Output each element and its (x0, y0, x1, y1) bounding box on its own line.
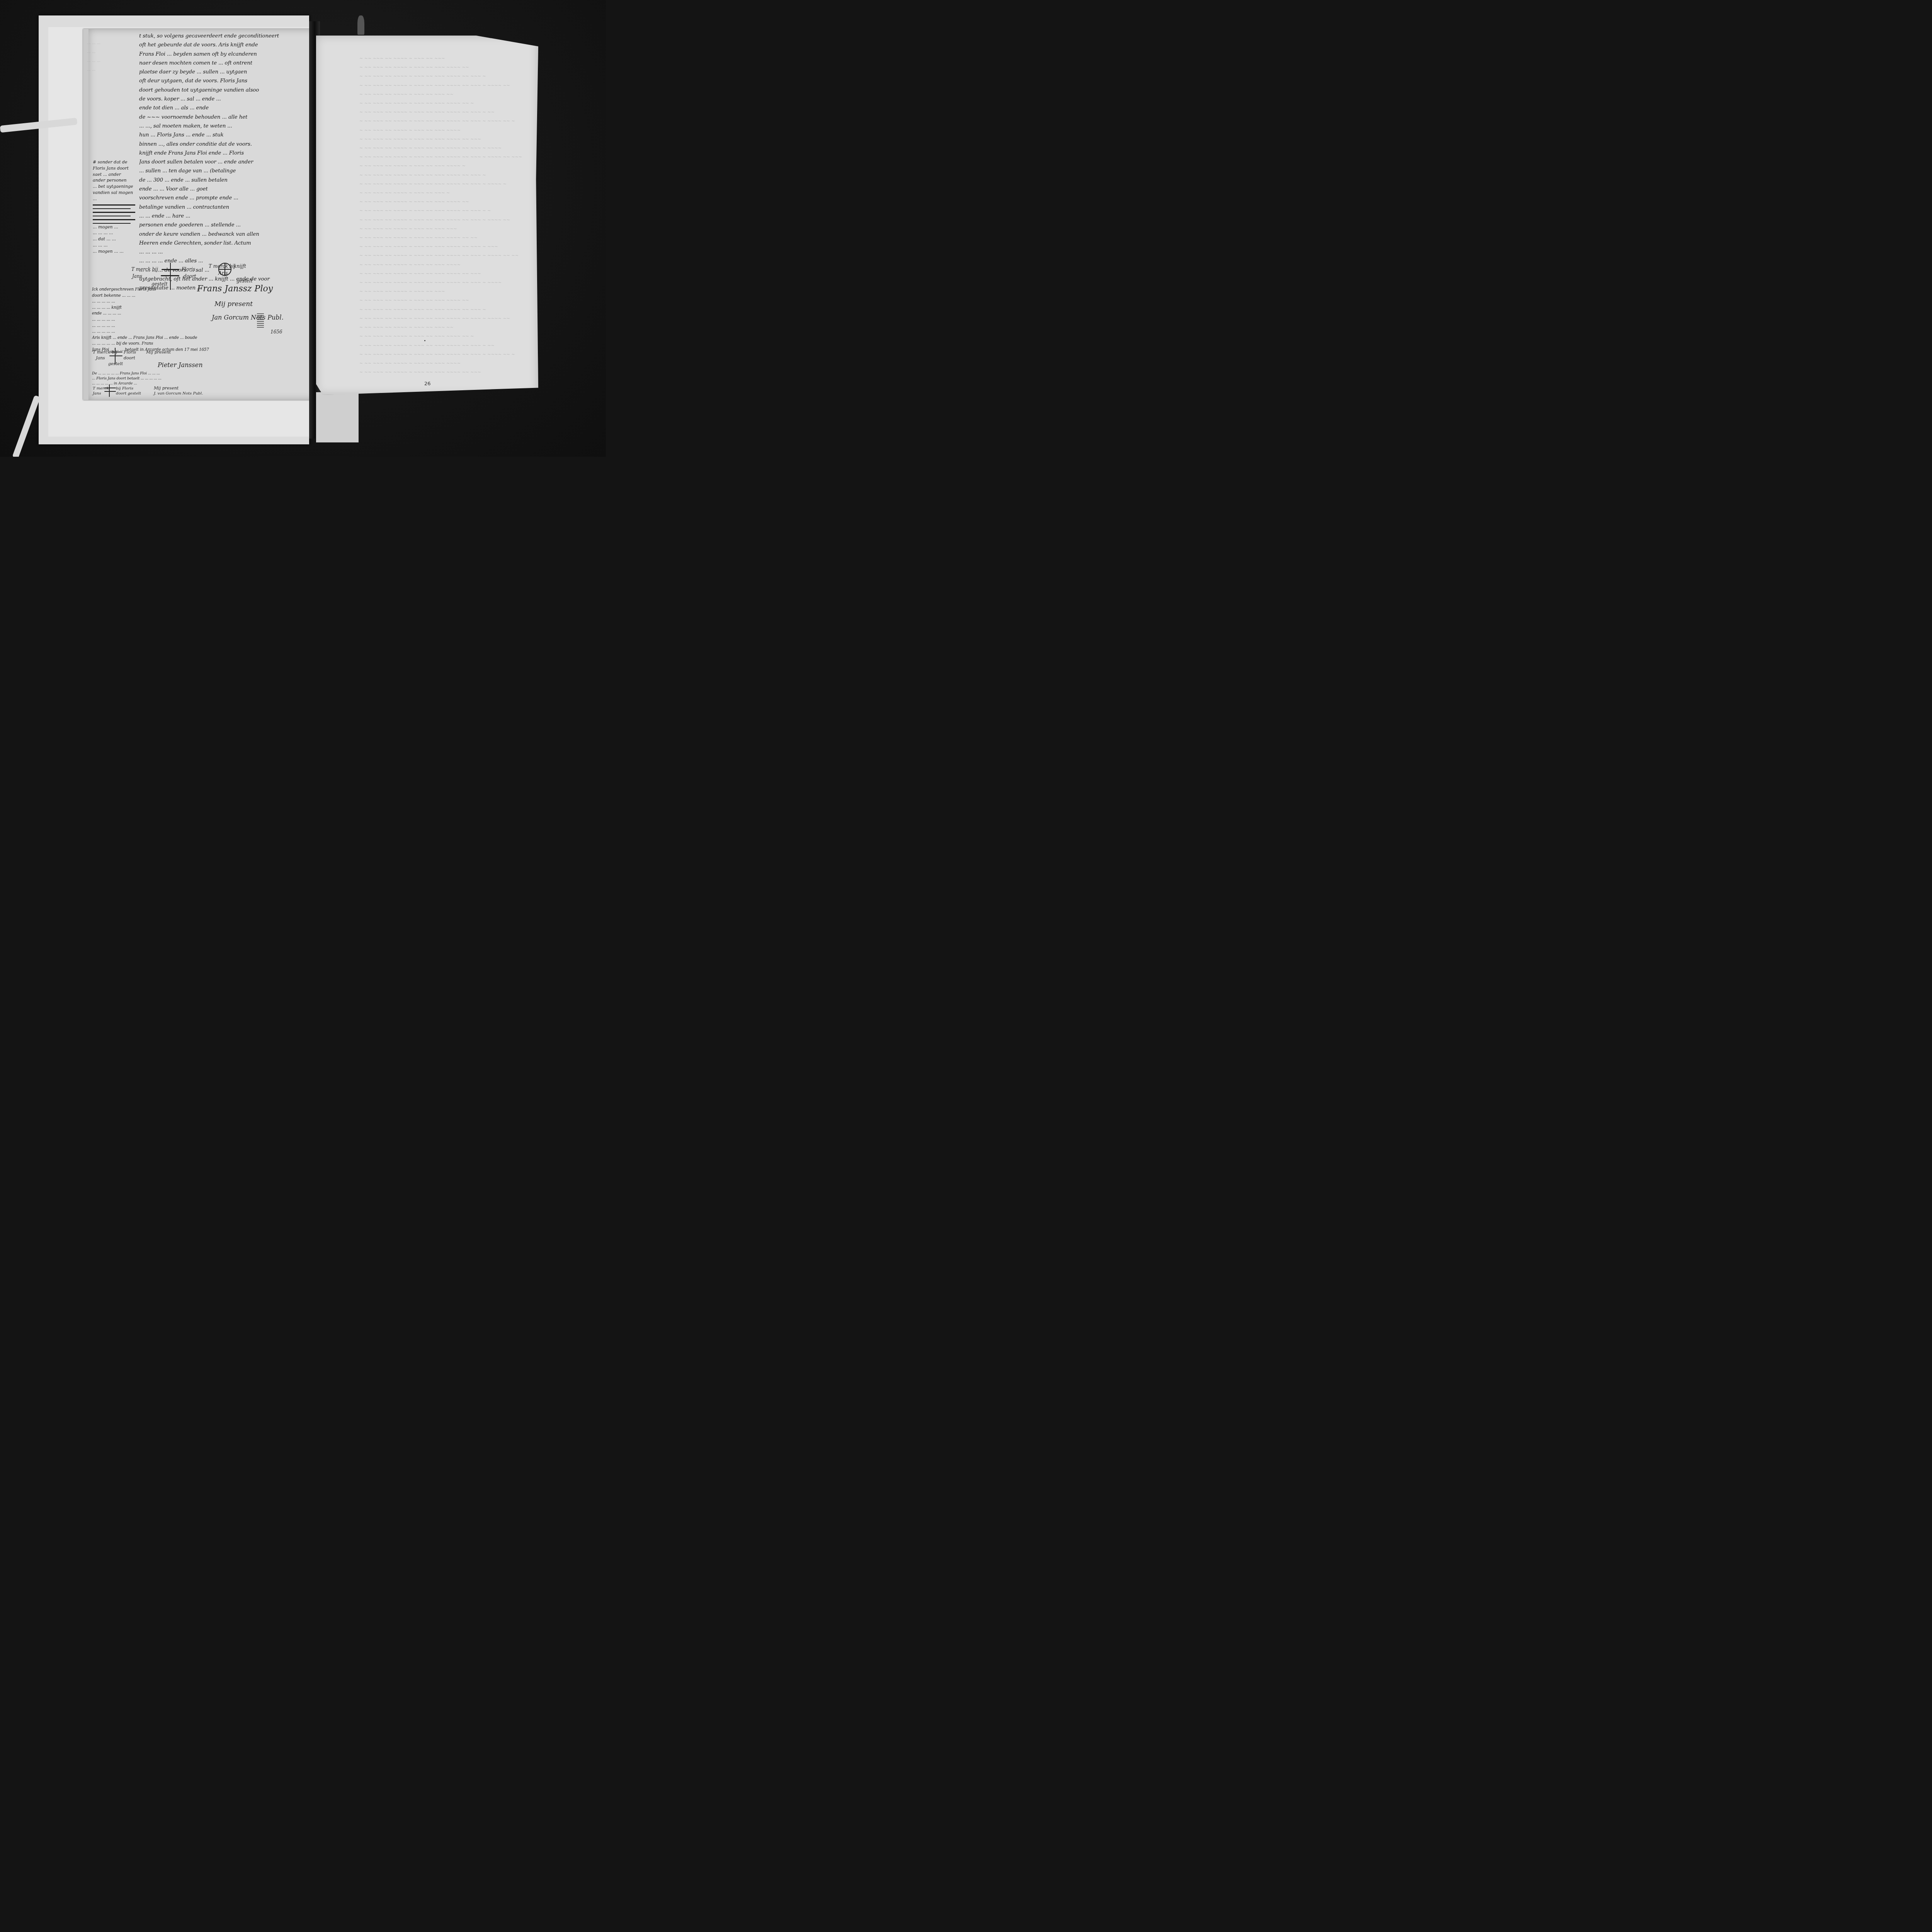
manuscript-closing-lines: De ... ... ... ... ... Frans Jans Floi .… (92, 371, 308, 386)
bleed-line: ~ ~~ ~~~ ~~ ~~~~ ~ ~~~ ~~ ~~~ ~~~~ ~~ ~~… (359, 305, 522, 314)
text-line: ... ... ... ... ... (92, 317, 308, 323)
bleed-line: ~ ~~ ~~~ ~~ ~~~~ ~ ~~~ ~~ ~~~ ~~~~ (359, 126, 522, 135)
text-line (93, 212, 135, 217)
text-line (93, 219, 135, 224)
mark-label: Floris (182, 267, 195, 272)
text-line: ... mogen ... (93, 224, 141, 230)
text-line: Jans doort sullen betalen voor ... ende … (139, 158, 309, 167)
bleed-line: ~ ~~ ~~~ ~~ ~~~~ ~ ~~~ ~~ ~~~ ~~~~ (359, 260, 522, 269)
bleed-line: ~ ~~ ~~~ ~~ ~~~~ ~ ~~~ ~~ ~~~ (359, 287, 522, 296)
text-line: Floris Jans doort (93, 165, 141, 172)
text-line: ende ... ... Voor alle ... goet (139, 185, 309, 194)
circle-cross-mark-icon (218, 263, 231, 276)
text-line: ... dat ... ... (93, 236, 141, 242)
cross-mark-icon (110, 352, 122, 352)
text-line: De ... ... ... ... ... Frans Jans Floi .… (92, 371, 308, 376)
manuscript-main-text: t stuk, so volgens gecaveerdeert ende ge… (139, 32, 309, 293)
mark-label: gestelt (108, 361, 123, 366)
text-line: t stuk, so volgens gecaveerdeert ende ge… (139, 32, 309, 41)
margin-note: # sonder dat deFloris Jans doortsaet ...… (93, 159, 141, 255)
signature-pieter-janssen: Pieter Janssen (158, 361, 202, 369)
cross-mark-icon (109, 355, 122, 356)
text-line: ende tot dien ... als ... ende (139, 104, 309, 112)
bleed-line: ~ ~~ ~~~ ~~ ~~~~ ~ ~~~ ~~ ~~~ ~~~~ ~~ (359, 63, 522, 72)
manuscript-lower-paragraph: Ick ondergeschreven Floris Jansdoort bek… (92, 287, 308, 353)
text-line: Ick ondergeschreven Floris Jans (92, 287, 308, 293)
bleed-line: ~ ~~ ~~~ ~~ ~~~~ ~ ~~~ ~~ ~~~ ~~~~ ~~ ~~ (359, 233, 522, 242)
ink-spot (424, 340, 425, 341)
text-line: ... Floris Jans doort betaelt ... ... ..… (92, 376, 308, 381)
bleed-line: ~ ~~ ~~~ ~~ ~~~~ ~ ~~~ ~~ ~~~ ~~~~ ~~ (359, 197, 522, 206)
text-line: vandien sal mogen (93, 190, 141, 196)
bleed-line: ~ ~~ ~~~ ~~ ~~~~ ~ ~~~ ~~ ~~~ ~~~~ ~~ ~~… (359, 368, 522, 377)
text-line: ... ... ende ... hare ... (139, 212, 309, 221)
cross-mark-icon (170, 263, 171, 290)
bleed-line: ~ ~~ ~~~ ~~ ~~~~ ~ ~~~ ~~ ~~~ ~~~~ ~~ ~~… (359, 81, 522, 90)
bleed-line: ~ ~~ ~~~ ~~ ~~~~ ~ ~~~ ~~ ~~~ ~~~~ ~ (359, 162, 522, 170)
bleed-line: ~ ~~ ~~~ ~~ ~~~~ ~ ~~~ ~~ ~~~ ~~~~ ~~ ~~… (359, 153, 522, 162)
mark-label: gestelt (236, 278, 253, 284)
mark-label: doort (184, 274, 196, 279)
text-line: doort bekenne ... ... ... (92, 293, 308, 299)
bleed-line: ~ ~~ ~~~ ~~ ~~~~ ~ ~~~ ~~ ~~~ ~~~~ ~~ ~~… (359, 171, 522, 180)
bleed-line: ~ ~~ ~~~ ~~ ~~~~ ~ ~~~ ~~ ~~~ ~~~~ ~~ ~~… (359, 144, 522, 153)
text-line: ... mogen ... ... (93, 248, 141, 255)
bleed-line: ~ ~~ ~~~ ~~ ~~~~ ~ ~~~ ~~ ~~~ ~~~ (359, 224, 522, 233)
text-line: Aris knijft ... ende ... Frans Jans Ploi… (92, 335, 308, 341)
text-line: ... bet uytgaeninge (93, 184, 141, 190)
text-line: onder de keure vandien ... bedwanck van … (139, 230, 309, 239)
bleed-line: ~ ~~ ~~~ ~~ ~~~~ ~ ~~~ ~~ ~~~ ~~~~ ~~ ~~… (359, 242, 522, 251)
bleed-line: ~ ~~ ~~~ ~~ ~~~~ ~ ~~~ ~~ ~~~ ~~~~ ~~ ~~… (359, 117, 522, 126)
text-line: saet ... ander (93, 172, 141, 178)
bleed-line: ~ ~~ ~~~ ~~ ~~~~ ~ ~~~ ~~ ~~~ ~~~~ ~~ ~~… (359, 341, 522, 350)
text-line: de ... 300 ... ende ... sullen betalen (139, 176, 309, 185)
witness-note: Mij present (154, 386, 179, 391)
bleed-line: ~ ~~ ~~~ ~~ ~~~~ ~ ~~~ ~~ ~~~ ~ (359, 189, 522, 197)
cross-mark-icon (162, 269, 179, 270)
bleed-line: ~ ~~ ~~~ ~~ ~~~~ ~ ~~~ ~~ ~~~ (359, 54, 522, 63)
text-line: oft deur uytgaen, dat de voors. Floris J… (139, 77, 309, 85)
bleed-line: ~ ~~ ~~~ ~~ ~~~~ ~ ~~~ ~~ ~~~ ~~ (359, 323, 522, 332)
text-line: Heeren ende Gerechten, sonder list. Actu… (139, 239, 309, 248)
mark-label: T merck bij (131, 267, 158, 272)
text-line: ... ..., sal moeten maken, te weten ... (139, 122, 309, 131)
mark-label: Floris (124, 350, 136, 355)
mark-label: doort (124, 355, 135, 361)
text-line: Frans Floi ... beyden samen oft by elcan… (139, 50, 309, 59)
text-line: plaetse daer zy beyde ... sullen ... uyt… (139, 68, 309, 77)
bleed-line: ~ ~~ ~~~ ~~ ~~~~ ~ ~~~ ~~ ~~~ ~~~~ ~~ ~~… (359, 216, 522, 224)
text-line: betalinge vandien ... contractanten (139, 203, 309, 212)
text-line: binnen ..., alles onder conditie dat de … (139, 140, 309, 149)
bleed-line: ~ ~~ ~~~ ~~ ~~~~ ~ ~~~ ~~ ~~~ ~~~~ ~~ ~~… (359, 278, 522, 287)
text-line: de voors. koper ... sal ... ende ... (139, 95, 309, 104)
bleed-line: ~ ~~ ~~~ ~~ ~~~~ ~ ~~~ ~~ ~~~ ~~~~ (359, 359, 522, 368)
mark-label: Jans (93, 391, 101, 396)
folio-number: 26 (424, 381, 431, 387)
mark-label: doort gestelt (116, 391, 141, 396)
text-line: ... ... ... ... knijft (92, 305, 308, 311)
text-line (93, 204, 135, 209)
text-line: ... ... ... ... ... in Arcarde ... (92, 381, 308, 386)
bleed-line: ~ ~~ ~~~ ~~ ~~~~ ~ ~~~ ~~ ~~~ ~~~~ ~~ (359, 296, 522, 305)
text-line: de ~~~ voornoemde behouden ... alle het (139, 113, 309, 122)
bleed-line: ~ ~~ ~~~ ~~ ~~~~ ~ ~~~ ~~ ~~~ ~~~~ ~~ ~~… (359, 350, 522, 359)
notary-note: J. van Gorcum Nots Publ. (154, 391, 203, 396)
mark-label: T merck (93, 386, 109, 391)
text-line: # sonder dat de (93, 159, 141, 165)
mark-label: Jans (132, 274, 142, 279)
mark-label: knijft (234, 264, 246, 269)
mark-label: Jans (96, 355, 105, 361)
cross-mark-icon (109, 384, 110, 397)
text-line: naer desen mochten comen te ... oft ontr… (139, 59, 309, 68)
cross-mark-icon (161, 275, 179, 276)
bleed-line: ~ ~~ ~~~ ~~ ~~~~ ~ ~~~ ~~ ~~~ ~~~~ ~~ ~~… (359, 108, 522, 117)
bleed-line: ~ ~~ ~~~ ~~ ~~~~ ~ ~~~ ~~ ~~~ ~~~~ ~~ ~ (359, 332, 522, 341)
bleed-line: ~ ~~ ~~~ ~~ ~~~~ ~ ~~~ ~~ ~~~ ~~ (359, 90, 522, 99)
bleed-through-text: ~ ~~ ~~~ ~~ ~~~~ ~ ~~~ ~~ ~~~ ~ ~~ ~~~ ~… (359, 54, 522, 377)
witness-note: Mij present (146, 350, 171, 355)
spine-tab (357, 15, 364, 35)
text-line: ... (93, 196, 141, 202)
text-line: ... ... ... ... ... bij de voors. Frans (92, 341, 308, 347)
text-line: oft het gebeurde dat de voors. Aris knij… (139, 41, 309, 49)
bleed-through-left-margin: ... ... ...... ...... ... ...... ... (87, 39, 137, 74)
text-line: ende ... ... ... ... (92, 311, 308, 317)
mark-label: bij Floris (116, 386, 133, 391)
bleed-line: ~ ~~ ~~~ ~~ ~~~~ ~ ~~~ ~~ ~~~ ~~~~ ~~ ~~… (359, 314, 522, 323)
text-line: ... ... ... (93, 242, 141, 248)
mark-label: gestelt (151, 281, 168, 287)
right-page-stack (316, 392, 359, 442)
text-line: hun ... Floris Jans ... ende ... stuk (139, 131, 309, 139)
bleed-line: ~ ~~ ~~~ ~~ ~~~~ ~ ~~~ ~~ ~~~ ~~~~ ~~ ~~… (359, 135, 522, 144)
bleed-line: ~ ~~ ~~~ ~~ ~~~~ ~ ~~~ ~~ ~~~ ~~~~ ~~ ~~… (359, 72, 522, 81)
text-line: ... ... ... ... ... (92, 299, 308, 305)
cross-mark-icon (104, 388, 116, 388)
text-line: ... ... ... ... ... (92, 323, 308, 329)
text-line: voorschreven ende ... prompte ende ... (139, 194, 309, 202)
text-line: ... ... ... ... ... (92, 329, 308, 335)
cross-mark-icon (104, 391, 116, 392)
bleed-line: ~ ~~ ~~~ ~~ ~~~~ ~ ~~~ ~~ ~~~ ~~~~ ~~ ~ (359, 99, 522, 108)
bleed-line: ~ ~~ ~~~ ~~ ~~~~ ~ ~~~ ~~ ~~~ ~~~~ ~~ ~~… (359, 180, 522, 189)
bleed-line: ~ ~~ ~~~ ~~ ~~~~ ~ ~~~ ~~ ~~~ ~~~~ ~~ ~~… (359, 251, 522, 260)
text-line: knijft ende Frans Jans Floi ende ... Flo… (139, 149, 309, 158)
text-line: ... ... ... ... (139, 248, 309, 257)
bleed-line: ~ ~~ ~~~ ~~ ~~~~ ~ ~~~ ~~ ~~~ ~~~~ ~~ ~~… (359, 206, 522, 215)
text-line: doort gehouden tot uytgaeninge vandien a… (139, 86, 309, 95)
text-line: ... ... ... ... (93, 230, 141, 236)
text-line: ... sullen ... ten dage van ... (betalin… (139, 167, 309, 175)
text-line: personen ende goederen ... stellende ... (139, 221, 309, 230)
text-line: ander personen (93, 177, 141, 184)
bleed-line: ~ ~~ ~~~ ~~ ~~~~ ~ ~~~ ~~ ~~~ ~~~~ ~~ ~~… (359, 269, 522, 278)
